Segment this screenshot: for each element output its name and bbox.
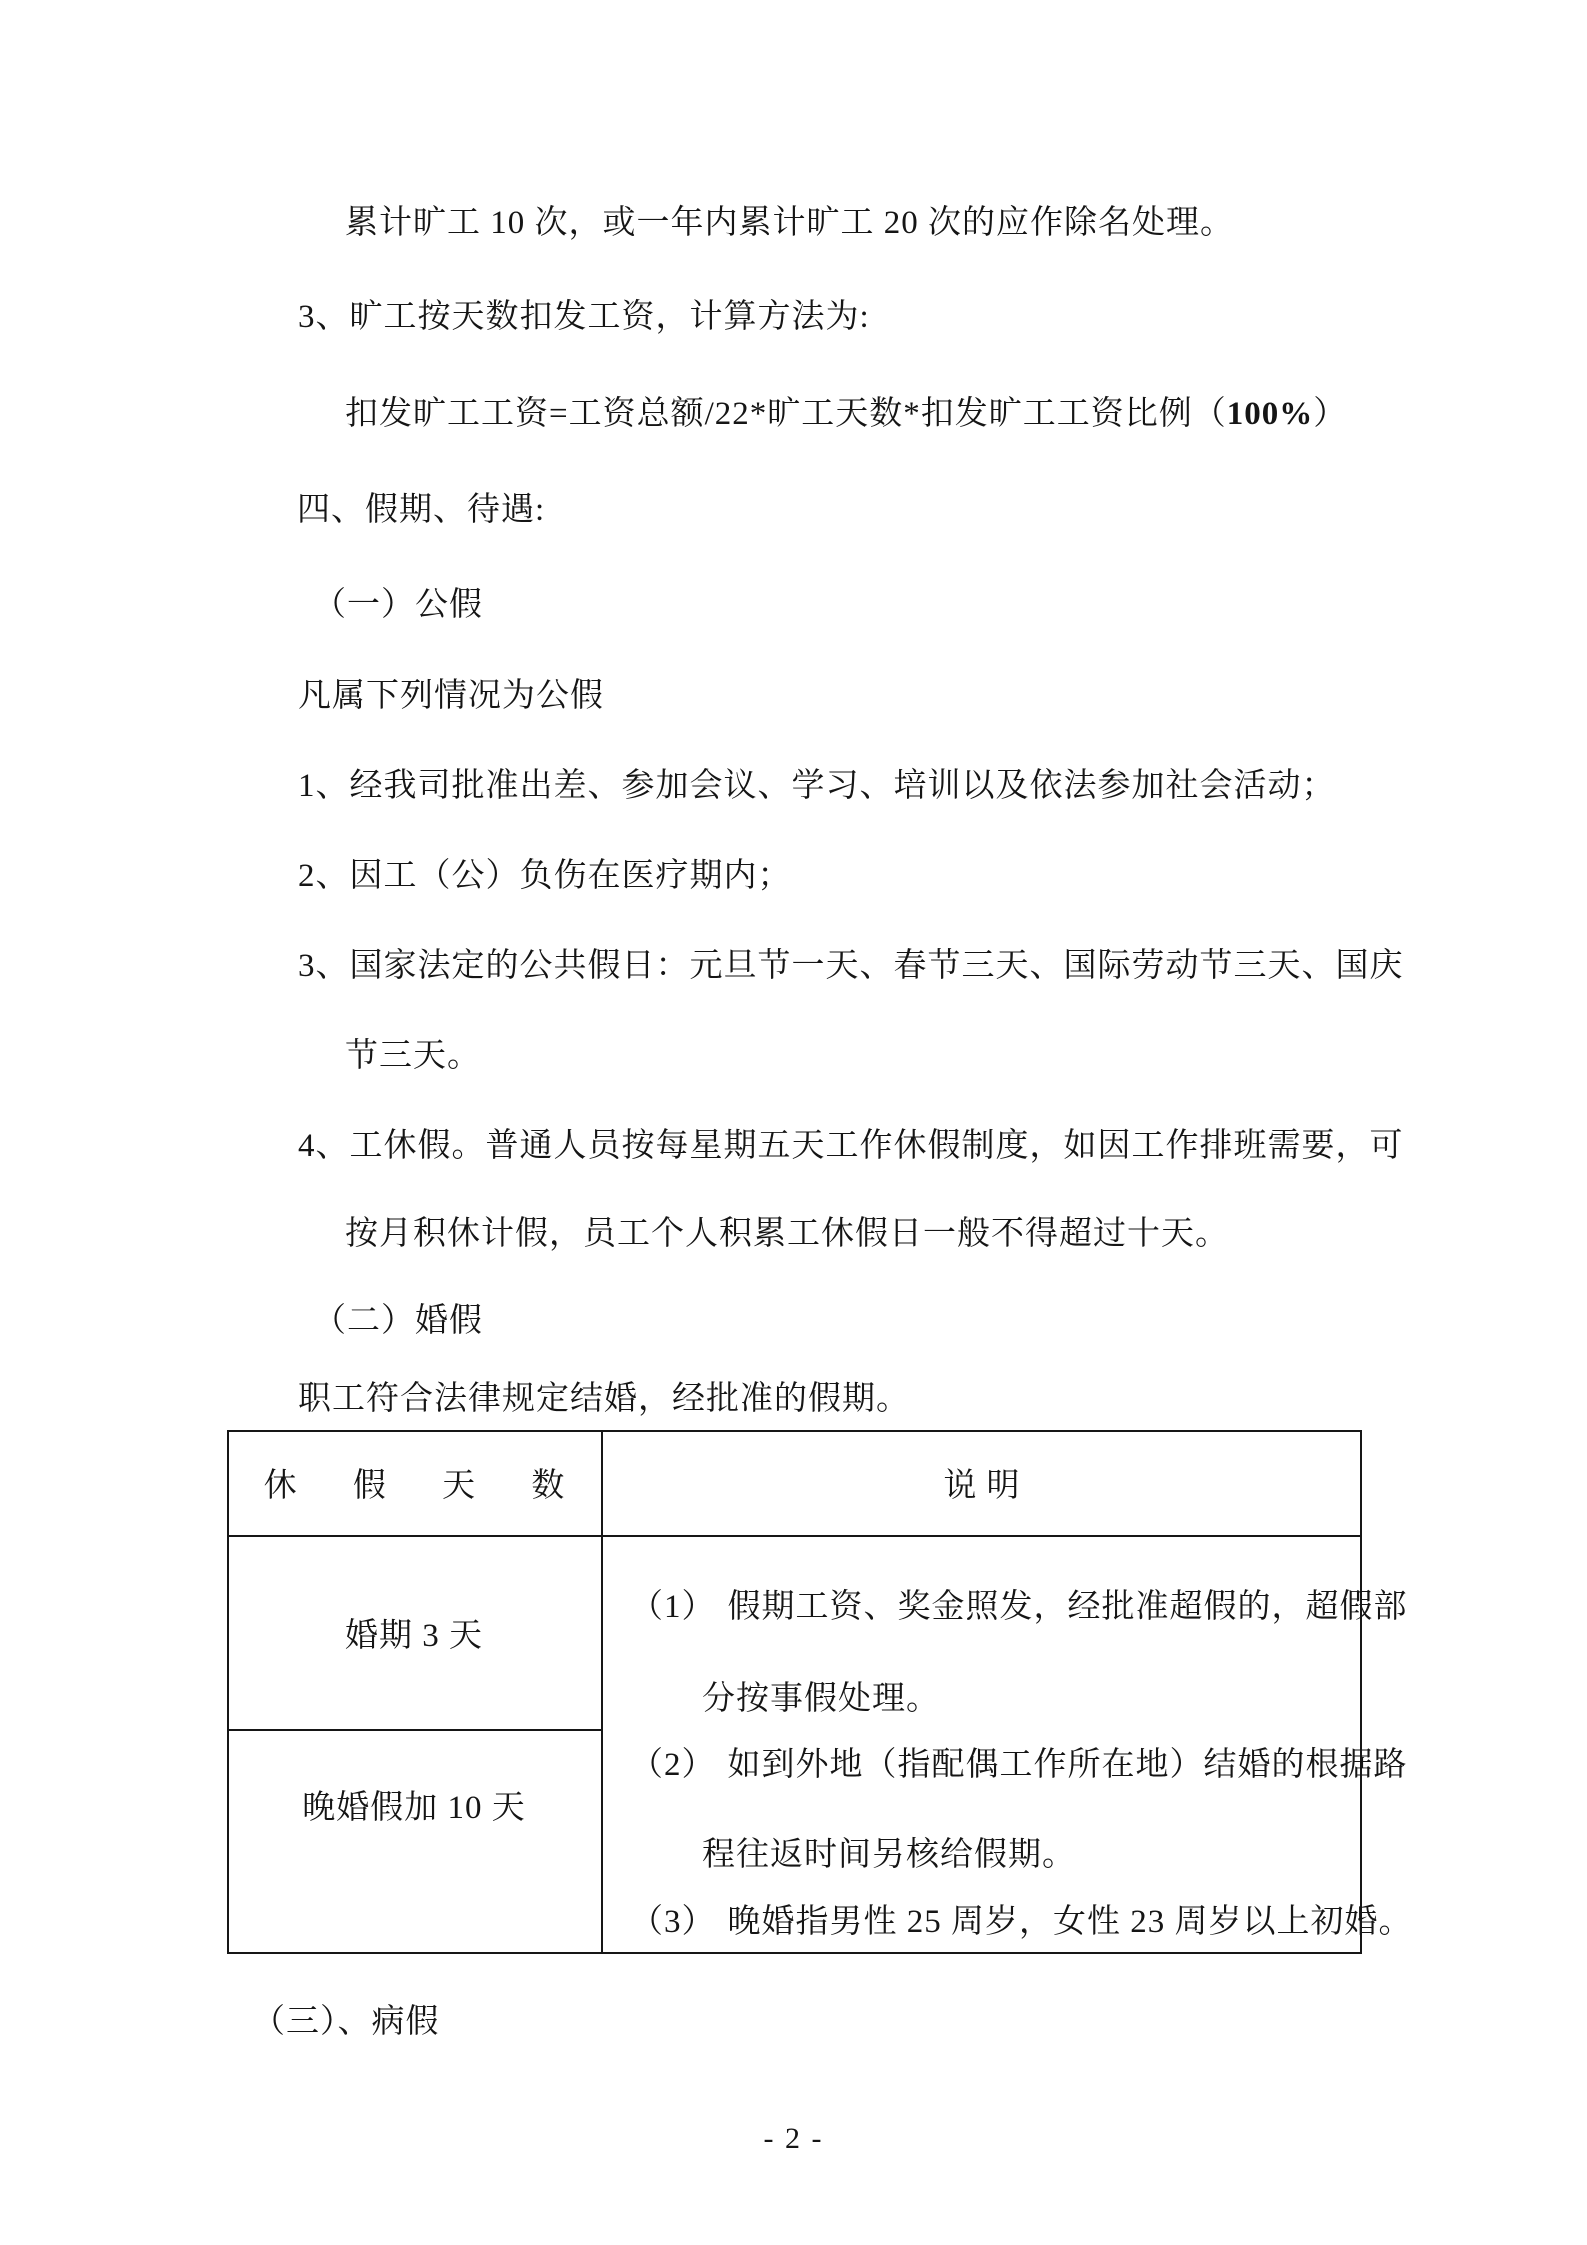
table-note-2: （2）如到外地（指配偶工作所在地）结婚的根据路 xyxy=(630,1744,1408,1786)
table-note-1: （1）假期工资、奖金照发，经批准超假的，超假部 xyxy=(630,1586,1408,1628)
table-note-2-text: 如到外地（指配偶工作所在地）结婚的根据路 xyxy=(728,1747,1408,1783)
table-cell-late-marriage-10-days: 晚婚假加 10 天 xyxy=(227,1729,601,1954)
page-number: - 2 - xyxy=(0,2122,1587,2156)
list-item-3-statutory-holidays: 3、国家法定的公共假日：元旦节一天、春节三天、国际劳动节三天、国庆 xyxy=(298,945,1404,987)
list-item-1-business-trip: 1、经我司批准出差、参加会议、学习、培训以及依法参加社会活动； xyxy=(298,765,1336,807)
table-note-3: （3）晚婚指男性 25 周岁，女性 23 周岁以上初婚。 xyxy=(630,1901,1413,1943)
table-note-3-number: （3） xyxy=(630,1904,716,1940)
list-item-4-rest-days: 4、工休假。普通人员按每星期五天工作休假制度，如因工作排班需要，可 xyxy=(298,1125,1404,1167)
table-note-3-text: 晚婚指男性 25 周岁，女性 23 周岁以上初婚。 xyxy=(728,1904,1413,1940)
table-header-description: 说明 xyxy=(601,1430,1362,1535)
table-note-1-number: （1） xyxy=(630,1589,716,1625)
document-page: 累计旷工 10 次，或一年内累计旷工 20 次的应作除名处理。 3、旷工按天数扣… xyxy=(0,0,1587,2245)
table-note-2-continuation: 程往返时间另核给假期。 xyxy=(702,1834,1076,1876)
table-note-1-text: 假期工资、奖金照发，经批准超假的，超假部 xyxy=(728,1589,1408,1625)
table-note-2-number: （2） xyxy=(630,1747,716,1783)
list-item-4-rest-days-continuation: 按月积休计假，员工个人积累工休假日一般不得超过十天。 xyxy=(345,1213,1229,1255)
formula-percentage: 100% xyxy=(1227,396,1314,432)
subsection-2-marriage-leave: （二）婚假 xyxy=(313,1300,483,1342)
section-heading-4-holidays: 四、假期、待遇: xyxy=(297,489,545,531)
list-item-3-absenteeism-pay: 3、旷工按天数扣发工资，计算方法为: xyxy=(298,296,870,338)
table-note-1-continuation: 分按事假处理。 xyxy=(702,1678,940,1720)
list-item-2-work-injury: 2、因工（公）负伤在医疗期内； xyxy=(298,855,792,897)
formula-absenteeism-deduction: 扣发旷工工资=工资总额/22*旷工天数*扣发旷工工资比例（100%） xyxy=(345,393,1347,435)
formula-prefix: 扣发旷工工资=工资总额/22*旷工天数*扣发旷工工资比例（ xyxy=(345,396,1227,432)
paragraph-public-leave-intro: 凡属下列情况为公假 xyxy=(298,675,604,717)
paragraph-continuation-absenteeism: 累计旷工 10 次，或一年内累计旷工 20 次的应作除名处理。 xyxy=(345,202,1234,244)
formula-suffix: ） xyxy=(1313,396,1347,432)
table-header-days: 休 假 天 数 xyxy=(227,1430,601,1535)
list-item-3-statutory-holidays-continuation: 节三天。 xyxy=(345,1035,481,1077)
subsection-1-public-leave: （一）公假 xyxy=(313,584,483,626)
subsection-3-sick-leave: （三）、病假 xyxy=(252,2001,440,2043)
table-cell-marriage-3-days: 婚期 3 天 xyxy=(227,1535,601,1729)
paragraph-marriage-leave-intro: 职工符合法律规定结婚，经批准的假期。 xyxy=(298,1378,910,1420)
